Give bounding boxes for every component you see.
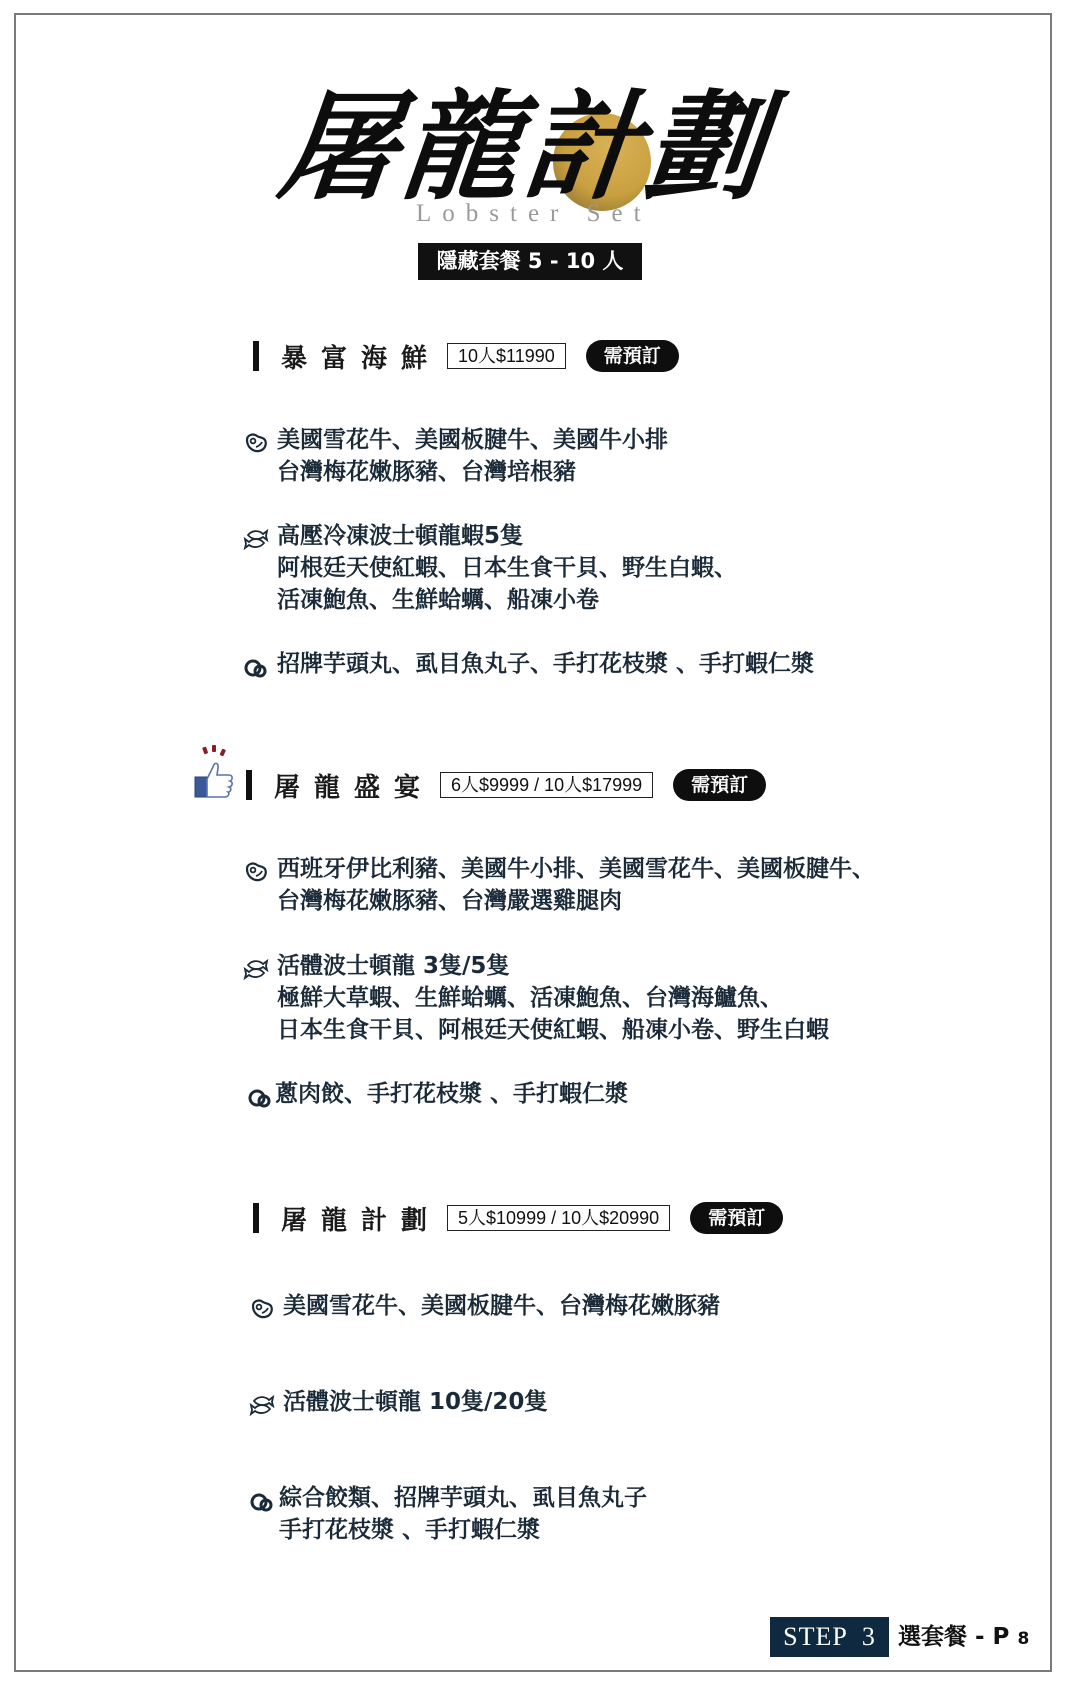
menu-line: 招牌芋頭丸、虱目魚丸子、手打花枝漿 、手打蝦仁漿 xyxy=(277,648,814,680)
reserve-required-badge: 需預訂 xyxy=(586,340,679,372)
menu-group-balls: 蔥肉餃、手打花枝漿 、手打蝦仁漿 xyxy=(247,1078,628,1110)
menu-line: 西班牙伊比利豬、美國牛小排、美國雪花牛、美國板腱牛、 xyxy=(277,853,875,885)
step-label: 選套餐 - P 8 xyxy=(898,1620,1029,1656)
menu-group-seafood: 活體波士頓龍 3隻/5隻 極鮮大草蝦、生鮮蛤蠣、活凍鮑魚、台灣海鱸魚、 日本生食… xyxy=(243,950,829,1046)
section-title: 暴富海鮮 xyxy=(281,338,441,375)
step-badge: STEP 3 xyxy=(770,1617,889,1657)
section-header-2: 屠龍盛宴 6人$9999 / 10人$17999 需預訂 xyxy=(246,767,766,803)
fish-icon xyxy=(243,526,269,552)
menu-group-meat: 美國雪花牛、美國板腱牛、台灣梅花嫩豚豬 xyxy=(249,1290,720,1322)
page-number: 8 xyxy=(1017,1629,1029,1649)
menu-line: 蔥肉餃、手打花枝漿 、手打蝦仁漿 xyxy=(275,1078,628,1110)
menu-group-seafood: 活體波士頓龍 10隻/20隻 xyxy=(249,1386,547,1418)
steak-icon xyxy=(243,859,269,885)
section-header-3: 屠龍計劃 5人$10999 / 10人$20990 需預訂 xyxy=(253,1200,783,1236)
price-box: 5人$10999 / 10人$20990 xyxy=(447,1205,670,1231)
page-title: 屠龍計劃 xyxy=(273,82,775,212)
menu-line: 極鮮大草蝦、生鮮蛤蠣、活凍鮑魚、台灣海鱸魚、 xyxy=(277,982,829,1014)
menu-line: 綜合餃類、招牌芋頭丸、虱目魚丸子 xyxy=(279,1482,647,1514)
page-subtitle-en: Lobster Set xyxy=(416,200,652,228)
meatball-icon xyxy=(249,1488,275,1514)
section-title: 屠龍計劃 xyxy=(281,1200,441,1237)
hidden-set-badge: 隱藏套餐 5 - 10 人 xyxy=(418,243,642,280)
menu-line: 活凍鮑魚、生鮮蛤蠣、船凍小卷 xyxy=(277,584,737,616)
fish-icon xyxy=(249,1392,275,1418)
menu-line: 活體波士頓龍 10隻/20隻 xyxy=(283,1386,547,1418)
menu-group-meat: 西班牙伊比利豬、美國牛小排、美國雪花牛、美國板腱牛、 台灣梅花嫩豚豬、台灣嚴選雞… xyxy=(243,853,875,917)
menu-line: 阿根廷天使紅蝦、日本生食干貝、野生白蝦、 xyxy=(277,552,737,584)
menu-line: 台灣梅花嫩豚豬、台灣培根豬 xyxy=(277,456,668,488)
menu-group-seafood: 高壓冷凍波士頓龍蝦5隻 阿根廷天使紅蝦、日本生食干貝、野生白蝦、 活凍鮑魚、生鮮… xyxy=(243,520,737,616)
reserve-required-badge: 需預訂 xyxy=(673,769,766,801)
meatball-icon xyxy=(247,1084,273,1110)
section-bar xyxy=(246,770,252,800)
section-title: 屠龍盛宴 xyxy=(274,767,434,804)
menu-line: 台灣梅花嫩豚豬、台灣嚴選雞腿肉 xyxy=(277,885,875,917)
meatball-icon xyxy=(243,654,269,680)
price-box: 10人$11990 xyxy=(447,343,566,369)
menu-line: 活體波士頓龍 3隻/5隻 xyxy=(277,950,829,982)
menu-line: 美國雪花牛、美國板腱牛、台灣梅花嫩豚豬 xyxy=(283,1290,720,1322)
menu-line: 高壓冷凍波士頓龍蝦5隻 xyxy=(277,520,737,552)
thumbs-up-recommended-icon xyxy=(193,745,235,800)
menu-group-balls: 綜合餃類、招牌芋頭丸、虱目魚丸子 手打花枝漿 、手打蝦仁漿 xyxy=(249,1482,647,1546)
menu-line: 手打花枝漿 、手打蝦仁漿 xyxy=(279,1514,647,1546)
reserve-required-badge: 需預訂 xyxy=(690,1202,783,1234)
menu-line: 美國雪花牛、美國板腱牛、美國牛小排 xyxy=(277,424,668,456)
menu-line: 日本生食干貝、阿根廷天使紅蝦、船凍小卷、野生白蝦 xyxy=(277,1014,829,1046)
section-header-1: 暴富海鮮 10人$11990 需預訂 xyxy=(253,338,679,374)
section-bar xyxy=(253,1203,259,1233)
steak-icon xyxy=(249,1296,275,1322)
step-title: 選套餐 - P xyxy=(898,1624,1009,1650)
price-box: 6人$9999 / 10人$17999 xyxy=(440,772,653,798)
fish-icon xyxy=(243,956,269,982)
menu-group-balls: 招牌芋頭丸、虱目魚丸子、手打花枝漿 、手打蝦仁漿 xyxy=(243,648,814,680)
steak-icon xyxy=(243,430,269,456)
menu-group-meat: 美國雪花牛、美國板腱牛、美國牛小排 台灣梅花嫩豚豬、台灣培根豬 xyxy=(243,424,668,488)
section-bar xyxy=(253,341,259,371)
